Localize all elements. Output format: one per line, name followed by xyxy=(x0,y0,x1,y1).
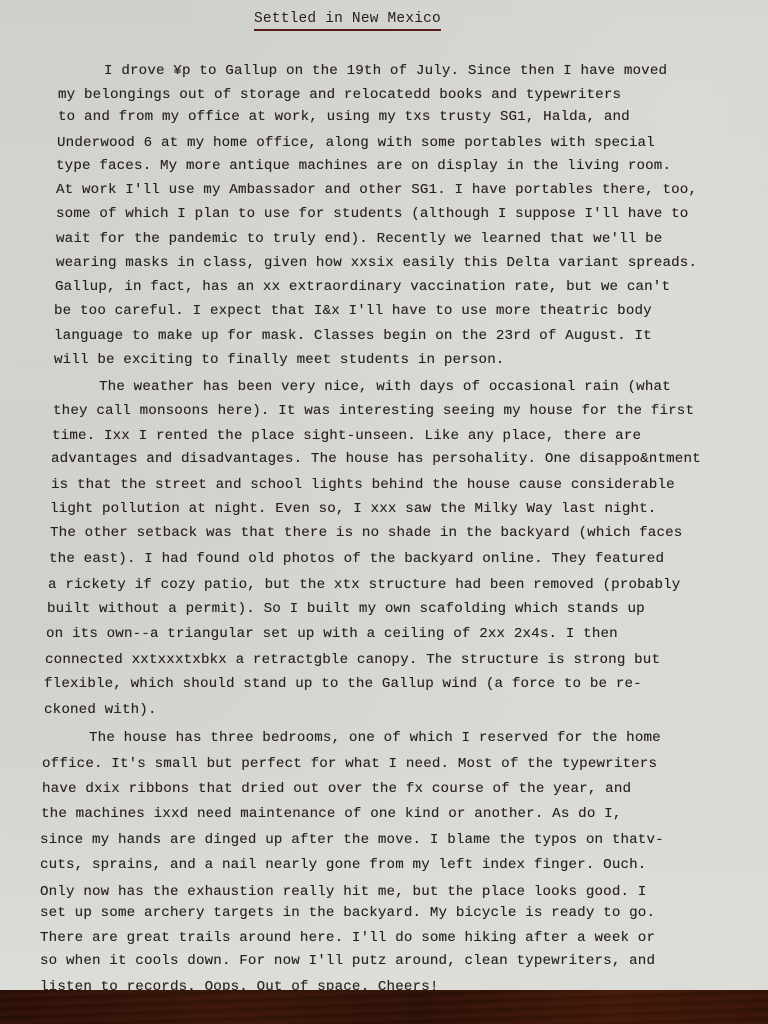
text-line: will be exciting to finally meet student… xyxy=(54,351,505,369)
page-title: Settled in New Mexico xyxy=(254,10,441,31)
text-line: At work I'll use my Ambassador and other… xyxy=(56,181,697,199)
text-line: Only now has the exhaustion really hit m… xyxy=(40,883,646,901)
text-line: I drove ¥p to Gallup on the 19th of July… xyxy=(104,62,667,80)
text-line: since my hands are dinged up after the m… xyxy=(40,831,664,849)
text-line: the east). I had found old photos of the… xyxy=(49,550,664,568)
text-line: office. It's small but perfect for what … xyxy=(42,755,657,773)
text-line: flexible, which should stand up to the G… xyxy=(44,675,642,693)
text-line: some of which I plan to use for students… xyxy=(56,205,688,223)
text-line: light pollution at night. Even so, I xxx… xyxy=(50,500,656,518)
text-line: is that the street and school lights beh… xyxy=(51,476,675,494)
wooden-desk-surface xyxy=(0,990,768,1024)
text-line: on its own--a triangular set up with a c… xyxy=(46,625,618,643)
text-line: cuts, sprains, and a nail nearly gone fr… xyxy=(40,856,646,874)
text-line: wearing masks in class, given how xxsix … xyxy=(56,254,697,272)
text-line: to and from my office at work, using my … xyxy=(58,108,630,126)
text-line: time. Ixx I rented the place sight-unsee… xyxy=(52,427,641,445)
text-line: The weather has been very nice, with day… xyxy=(99,378,671,396)
text-line: ckoned with). xyxy=(44,701,157,719)
text-line: type faces. My more antique machines are… xyxy=(56,157,671,175)
text-line: The house has three bedrooms, one of whi… xyxy=(89,729,661,747)
text-line: be too careful. I expect that I&x I'll h… xyxy=(54,302,652,320)
text-line: set up some archery targets in the backy… xyxy=(40,904,655,922)
text-line: the machines ixxd need maintenance of on… xyxy=(41,805,621,823)
text-line: so when it cools down. For now I'll putz… xyxy=(40,952,655,970)
text-line: language to make up for mask. Classes be… xyxy=(54,327,652,345)
text-line: connected xxtxxxtxbkx a retractgble cano… xyxy=(45,651,660,669)
text-line: There are great trails around here. I'll… xyxy=(40,929,655,947)
text-line: Gallup, in fact, has an xx extraordinary… xyxy=(55,278,670,296)
text-line: built without a permit). So I built my o… xyxy=(47,600,645,618)
text-line: have dxix ribbons that dried out over th… xyxy=(42,780,631,798)
text-line: The other setback was that there is no s… xyxy=(50,524,682,542)
text-line: Underwood 6 at my home office, along wit… xyxy=(57,134,655,152)
text-line: advantages and disadvantages. The house … xyxy=(51,450,701,468)
typewritten-page: Settled in New Mexico I drove ¥p to Gall… xyxy=(0,0,768,992)
text-line: wait for the pandemic to truly end). Rec… xyxy=(56,230,662,248)
text-line: a rickety if cozy patio, but the xtx str… xyxy=(48,576,680,594)
text-line: they call monsoons here). It was interes… xyxy=(53,402,694,420)
text-line: my belongings out of storage and relocat… xyxy=(58,86,621,104)
